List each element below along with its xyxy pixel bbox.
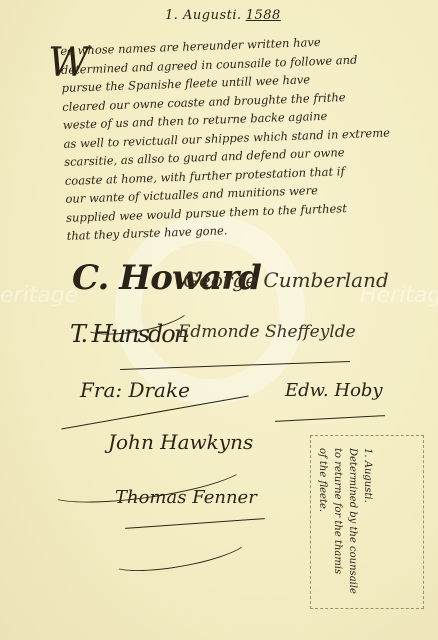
document-date: 1. Augusti.1588 xyxy=(165,8,281,23)
date-year: 1588 xyxy=(246,8,281,23)
endorsement-box: 1. Augusti. Determined by the counsaile … xyxy=(310,435,424,609)
signature-flourish xyxy=(106,523,251,579)
date-day: 1. Augusti. xyxy=(165,8,242,23)
endorsement-text: 1. Augusti. Determined by the counsaile … xyxy=(315,448,375,608)
signature-hunsdon: T. Hunsdon xyxy=(70,320,187,348)
endorsement-line: 1. Augusti. xyxy=(360,448,375,608)
signature-flourish xyxy=(275,415,385,422)
endorsement-line: to returne for the thamis xyxy=(330,448,345,608)
signature-sheffield: Edmonde Sheffeylde xyxy=(178,322,356,342)
signature-fenner: Thomas Fenner xyxy=(115,487,257,508)
document-page: eritage Heritag 1. Augusti.1588 W ee who… xyxy=(0,0,438,640)
letter-body: ee whose names are hereunder written hav… xyxy=(60,29,427,245)
signature-cumberland: George Cumberland xyxy=(183,268,389,292)
endorsement-line: of the fleete. xyxy=(315,448,330,608)
endorsement-line: Determined by the counsaile xyxy=(345,448,360,608)
watermark-text-left: eritage xyxy=(0,283,78,308)
signature-hoby: Edw. Hoby xyxy=(285,380,383,401)
signature-hawkins: John Hawkyns xyxy=(108,430,253,454)
signature-drake: Fra: Drake xyxy=(80,378,190,402)
signature-flourish xyxy=(125,518,265,529)
